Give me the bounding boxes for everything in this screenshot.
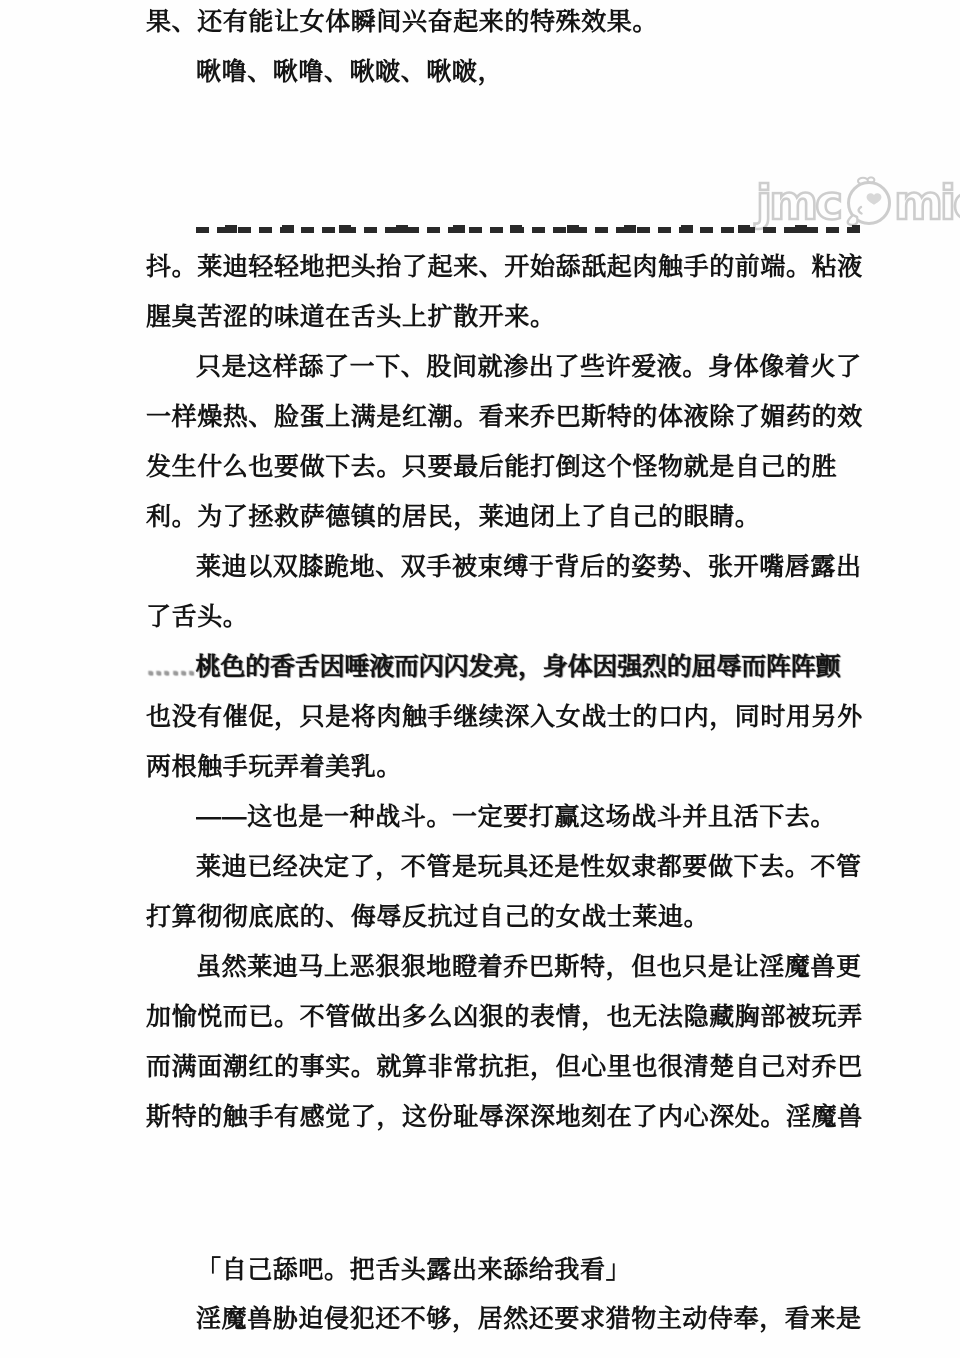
text-line: 而满面潮红的事实。就算非常抗拒，但心里也很清楚自己对乔巴	[146, 1053, 863, 1082]
text-line: 莱迪以双膝跪地、双手被束缚于背后的姿势、张开嘴唇露出	[146, 553, 862, 582]
text-line: 淫魔兽胁迫侵犯还不够，居然还要求猎物主动侍奉，看来是	[146, 1305, 862, 1334]
text-line: 莱迪已经决定了，不管是玩具还是性奴隶都要做下去。不管	[146, 853, 862, 882]
text-line: 斯特的触手有感觉了，这份耻辱深深地刻在了内心深处。淫魔兽	[146, 1103, 863, 1132]
text-line: 果、还有能让女体瞬间兴奋起来的特殊效果。	[146, 8, 658, 37]
text-line: 加愉悦而已。不管做出多么凶狠的表情，也无法隐藏胸部被玩弄	[146, 1003, 863, 1032]
clipped-text-remnant	[196, 225, 860, 233]
faded-ellipsis: ……	[146, 653, 196, 681]
jmcomic-watermark: jmc mic	[756, 174, 960, 232]
watermark-text-left: jmc	[756, 180, 840, 227]
text-line: ——这也是一种战斗。一定要打赢这场战斗并且活下去。	[146, 803, 836, 832]
novel-page: jmc mic 果、还有能让女体瞬间兴奋起来的特殊效果。 啾噜、啾噜、啾啵、啾啵…	[0, 0, 960, 1358]
fish-mascot-icon	[838, 174, 896, 228]
text-line-content: 桃色的香舌因唾液而闪闪发亮，身体因强烈的屈辱而阵阵颤	[196, 653, 841, 681]
text-line: 两根触手玩弄着美乳。	[146, 753, 402, 782]
text-line: 利。为了拯救萨德镇的居民，莱迪闭上了自己的眼睛。	[146, 503, 760, 532]
text-line-ghosted: ……桃色的香舌因唾液而闪闪发亮，身体因强烈的屈辱而阵阵颤	[146, 653, 840, 682]
watermark-text-right: mic	[894, 180, 960, 227]
text-line: 虽然莱迪马上恶狠狠地瞪着乔巴斯特，但也只是让淫魔兽更	[146, 953, 862, 982]
text-line: 也没有催促，只是将肉触手继续深入女战士的口内，同时用另外	[146, 703, 863, 732]
text-line: 抖。莱迪轻轻地把头抬了起来、开始舔舐起肉触手的前端。粘液	[146, 253, 863, 282]
text-line: 打算彻彻底底的、侮辱反抗过自己的女战士莱迪。	[146, 903, 709, 932]
text-line: 只是这样舔了一下、股间就渗出了些许爱液。身体像着火了	[146, 353, 862, 382]
text-line: 啾噜、啾噜、啾啵、啾啵，	[146, 58, 503, 87]
text-line: 发生什么也要做下去。只要最后能打倒这个怪物就是自己的胜	[146, 453, 837, 482]
text-line: 了舌头。	[146, 603, 248, 632]
text-line: 一样燥热、脸蛋上满是红潮。看来乔巴斯特的体液除了媚药的效	[146, 403, 863, 432]
text-line: 腥臭苦涩的味道在舌头上扩散开来。	[146, 303, 556, 332]
text-line: 「自己舔吧。把舌头露出来舔给我看」	[146, 1256, 631, 1285]
